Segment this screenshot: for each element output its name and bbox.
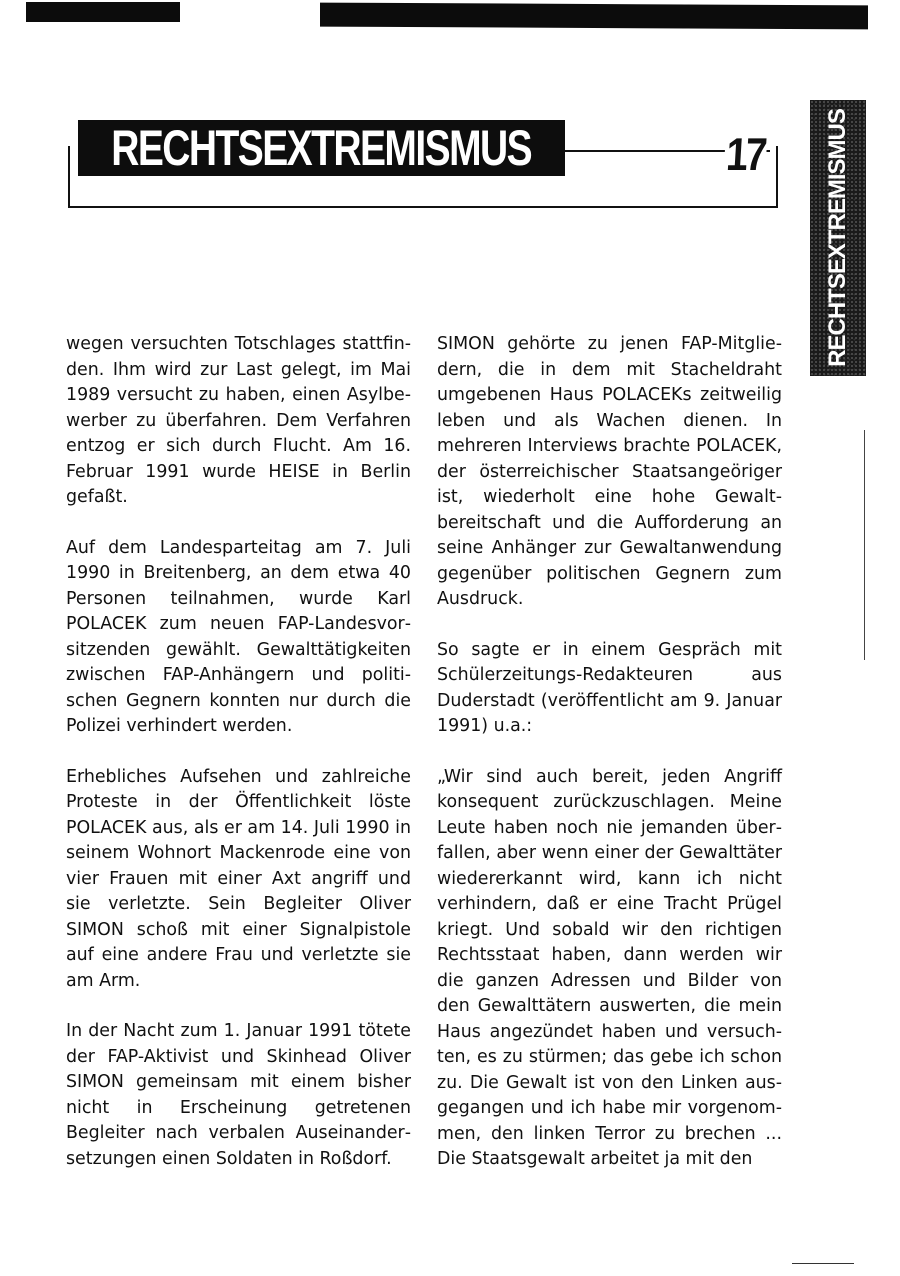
scan-edge-bar-right	[320, 3, 868, 30]
section-side-tab: RECHTSEXTREMISMUS	[810, 100, 866, 376]
paragraph: Auf dem Landesparteitag am 7. Juli 1990 …	[66, 536, 411, 740]
text-column-right: SIMON gehörte zu jenen FAP-Mitglie­dern,…	[437, 332, 782, 1198]
header-title-box: RECHTSEXTREMISMUS	[78, 120, 565, 176]
side-tab-label: RECHTSEXTREMISMUS	[824, 109, 852, 367]
paragraph: In der Nacht zum 1. Januar 1991 tötete d…	[66, 1019, 411, 1172]
text-column-left: wegen versuchten Totschlages stattfin­de…	[66, 332, 411, 1197]
quote-paragraph: „Wir sind auch bereit, jeden Angriff kon…	[437, 765, 782, 1173]
scan-edge-bar-left	[26, 2, 180, 22]
paragraph: SIMON gehörte zu jenen FAP-Mitglie­dern,…	[437, 332, 782, 613]
paragraph: Erhebliches Aufsehen und zahlreiche Prot…	[66, 765, 411, 995]
margin-rule	[864, 430, 865, 660]
paragraph: wegen versuchten Totschlages stattfin­de…	[66, 332, 411, 511]
page-title: RECHTSEXTREMISMUS	[112, 123, 532, 173]
footer-rule	[792, 1263, 854, 1264]
page-number: 17	[723, 131, 768, 177]
paragraph: So sagte er in einem Gespräch mit Schüle…	[437, 638, 782, 740]
